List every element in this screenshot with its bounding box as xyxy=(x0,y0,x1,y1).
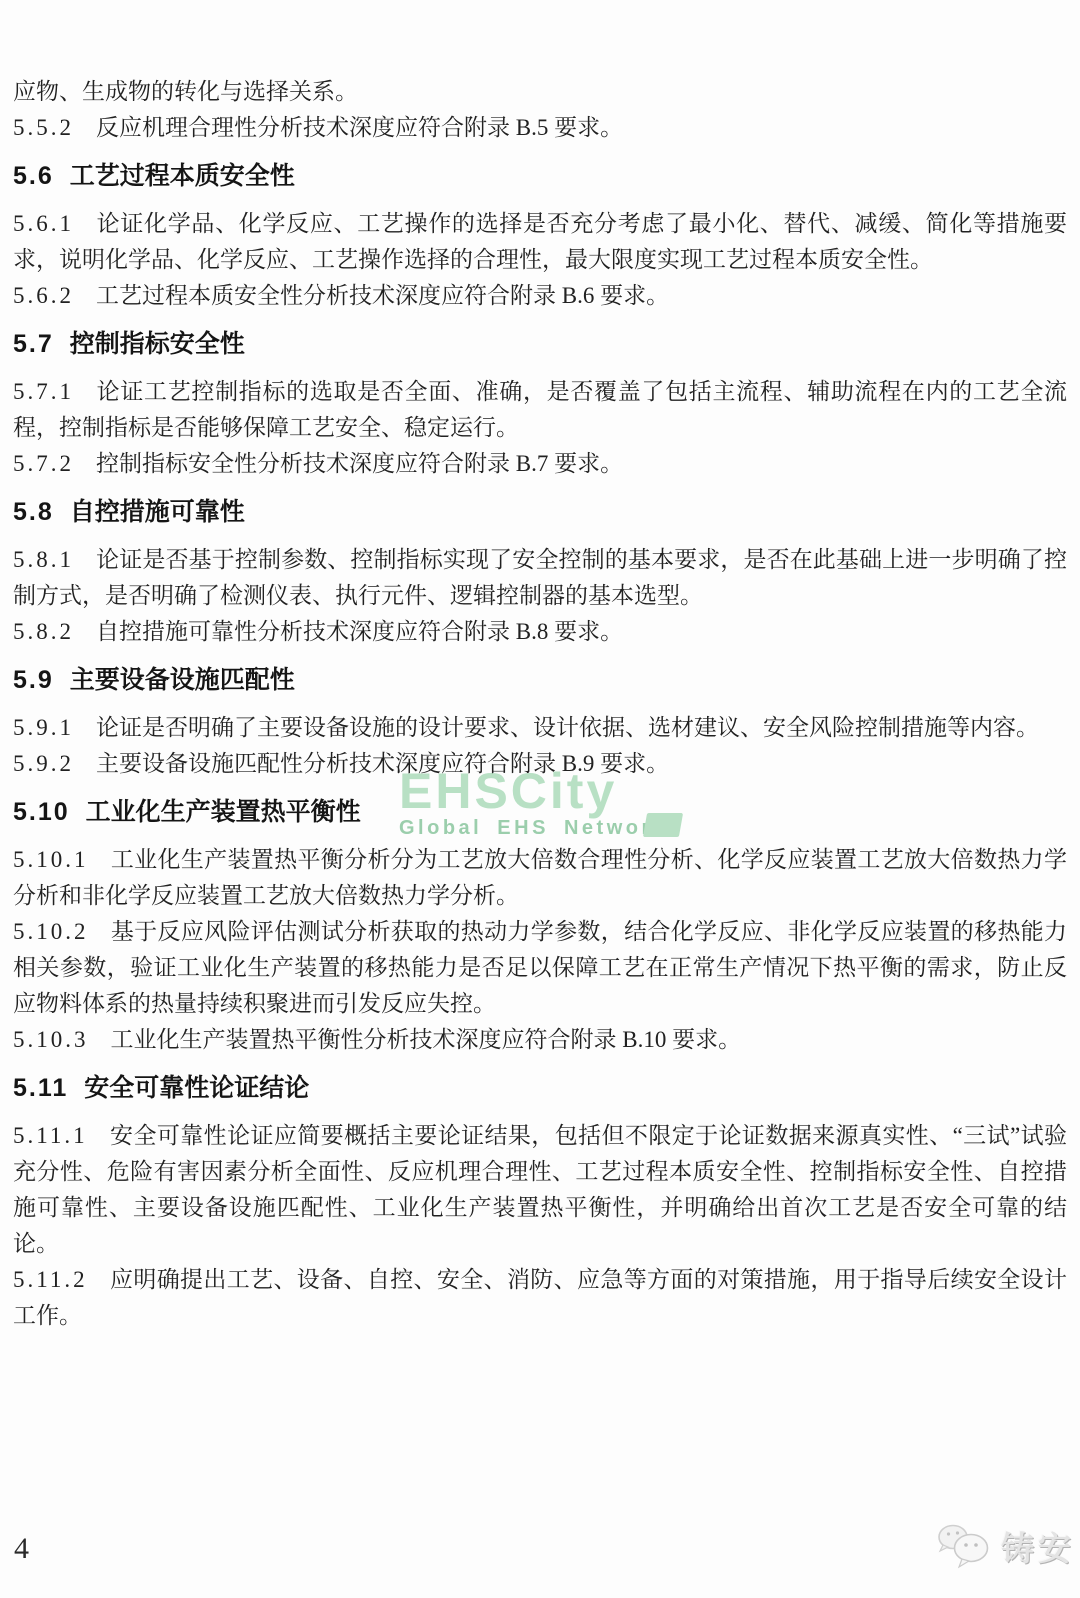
clause-number: 5.6.1 xyxy=(13,211,74,236)
clause-text: 论证是否基于控制参数、控制指标实现了安全控制的基本要求，是否在此基础上进一步明确… xyxy=(13,547,1067,608)
clause-text: 安全可靠性论证应简要概括主要论证结果，包括但不限定于论证数据来源真实性、“三试”… xyxy=(13,1123,1067,1256)
clause-number: 5.6 xyxy=(13,162,54,190)
clause-number: 5.9.2 xyxy=(13,751,74,776)
clause-paragraph: 5.5.2反应机理合理性分析技术深度应符合附录 B.5 要求。 xyxy=(13,110,1067,146)
clause-text: 基于反应风险评估测试分析获取的热动力学参数，结合化学反应、非化学反应装置的移热能… xyxy=(13,919,1067,1016)
clause-number: 5.7.1 xyxy=(13,379,74,404)
clause-number: 5.10.3 xyxy=(13,1027,89,1052)
clause-text: 工业化生产装置热平衡性分析技术深度应符合附录 B.10 要求。 xyxy=(111,1027,742,1052)
clause-number: 5.11 xyxy=(13,1074,68,1102)
clause-number: 5.5.2 xyxy=(13,115,74,140)
clause-text: 反应机理合理性分析技术深度应符合附录 B.5 要求。 xyxy=(96,115,623,140)
clause-paragraph: 5.11.1安全可靠性论证应简要概括主要论证结果，包括但不限定于论证数据来源真实… xyxy=(13,1118,1067,1262)
clause-text: 工艺过程本质安全性分析技术深度应符合附录 B.6 要求。 xyxy=(96,283,669,308)
section-heading: 5.8自控措施可靠性 xyxy=(13,494,1067,530)
clause-number: 5.7.2 xyxy=(13,451,74,476)
section-heading-text: 工艺过程本质安全性 xyxy=(70,162,295,190)
clause-number: 5.10.2 xyxy=(13,919,89,944)
clause-paragraph: 5.8.1论证是否基于控制参数、控制指标实现了安全控制的基本要求，是否在此基础上… xyxy=(13,542,1067,614)
clause-text: 工业化生产装置热平衡分析分为工艺放大倍数合理性分析、化学反应装置工艺放大倍数热力… xyxy=(13,847,1067,908)
document-body: 应物、生成物的转化与选择关系。5.5.2反应机理合理性分析技术深度应符合附录 B… xyxy=(13,74,1067,1334)
section-heading: 5.7控制指标安全性 xyxy=(13,326,1067,362)
clause-paragraph: 应物、生成物的转化与选择关系。 xyxy=(13,74,1067,110)
page-number: 4 xyxy=(14,1532,29,1566)
clause-paragraph: 5.7.1论证工艺控制指标的选取是否全面、准确，是否覆盖了包括主流程、辅助流程在… xyxy=(13,374,1067,446)
chat-bubbles-icon xyxy=(936,1522,994,1570)
clause-text: 论证化学品、化学反应、工艺操作的选择是否充分考虑了最小化、替代、减缓、简化等措施… xyxy=(13,211,1067,272)
clause-text: 论证工艺控制指标的选取是否全面、准确，是否覆盖了包括主流程、辅助流程在内的工艺全… xyxy=(13,379,1067,440)
clause-text: 控制指标安全性分析技术深度应符合附录 B.7 要求。 xyxy=(96,451,623,476)
clause-text: 应明确提出工艺、设备、自控、安全、消防、应急等方面的对策措施，用于指导后续安全设… xyxy=(13,1267,1067,1328)
clause-paragraph: 5.9.2主要设备设施匹配性分析技术深度应符合附录 B.9 要求。 xyxy=(13,746,1067,782)
clause-paragraph: 5.10.2基于反应风险评估测试分析获取的热动力学参数，结合化学反应、非化学反应… xyxy=(13,914,1067,1022)
clause-paragraph: 5.10.3工业化生产装置热平衡性分析技术深度应符合附录 B.10 要求。 xyxy=(13,1022,1067,1058)
clause-paragraph: 5.7.2控制指标安全性分析技术深度应符合附录 B.7 要求。 xyxy=(13,446,1067,482)
section-heading: 5.11安全可靠性论证结论 xyxy=(13,1070,1067,1106)
clause-paragraph: 5.11.2应明确提出工艺、设备、自控、安全、消防、应急等方面的对策措施，用于指… xyxy=(13,1262,1067,1334)
clause-number: 5.8 xyxy=(13,498,54,526)
section-heading-text: 自控措施可靠性 xyxy=(70,498,245,526)
section-heading-text: 安全可靠性论证结论 xyxy=(84,1074,309,1102)
clause-text: 自控措施可靠性分析技术深度应符合附录 B.8 要求。 xyxy=(96,619,623,644)
clause-number: 5.10 xyxy=(13,798,70,826)
clause-number: 5.11.2 xyxy=(13,1267,88,1292)
clause-paragraph: 5.10.1工业化生产装置热平衡分析分为工艺放大倍数合理性分析、化学反应装置工艺… xyxy=(13,842,1067,914)
section-heading: 5.6工艺过程本质安全性 xyxy=(13,158,1067,194)
clause-number: 5.9 xyxy=(13,666,54,694)
section-heading-text: 主要设备设施匹配性 xyxy=(70,666,295,694)
clause-number: 5.8.2 xyxy=(13,619,74,644)
section-heading-text: 工业化生产装置热平衡性 xyxy=(86,798,361,826)
clause-number: 5.6.2 xyxy=(13,283,74,308)
clause-paragraph: 5.6.1论证化学品、化学反应、工艺操作的选择是否充分考虑了最小化、替代、减缓、… xyxy=(13,206,1067,278)
clause-number: 5.11.1 xyxy=(13,1123,88,1148)
zhuan-brand-logo: 铸安 xyxy=(936,1522,1075,1570)
zhuan-logo-text: 铸安 xyxy=(1001,1523,1075,1570)
document-page: EHSCity Global EHS Network 应物、生成物的转化与选择关… xyxy=(0,0,1080,1598)
clause-text: 论证是否明确了主要设备设施的设计要求、设计依据、选材建议、安全风险控制措施等内容… xyxy=(96,715,1039,740)
clause-number: 5.9.1 xyxy=(13,715,74,740)
clause-paragraph: 5.8.2自控措施可靠性分析技术深度应符合附录 B.8 要求。 xyxy=(13,614,1067,650)
clause-number: 5.8.1 xyxy=(13,547,74,572)
clause-number: 5.10.1 xyxy=(13,847,89,872)
clause-text: 主要设备设施匹配性分析技术深度应符合附录 B.9 要求。 xyxy=(96,751,669,776)
clause-number: 5.7 xyxy=(13,330,54,358)
clause-paragraph: 5.9.1论证是否明确了主要设备设施的设计要求、设计依据、选材建议、安全风险控制… xyxy=(13,710,1067,746)
section-heading: 5.10工业化生产装置热平衡性 xyxy=(13,794,1067,830)
clause-text: 应物、生成物的转化与选择关系。 xyxy=(13,79,358,104)
section-heading: 5.9主要设备设施匹配性 xyxy=(13,662,1067,698)
clause-paragraph: 5.6.2工艺过程本质安全性分析技术深度应符合附录 B.6 要求。 xyxy=(13,278,1067,314)
section-heading-text: 控制指标安全性 xyxy=(70,330,245,358)
